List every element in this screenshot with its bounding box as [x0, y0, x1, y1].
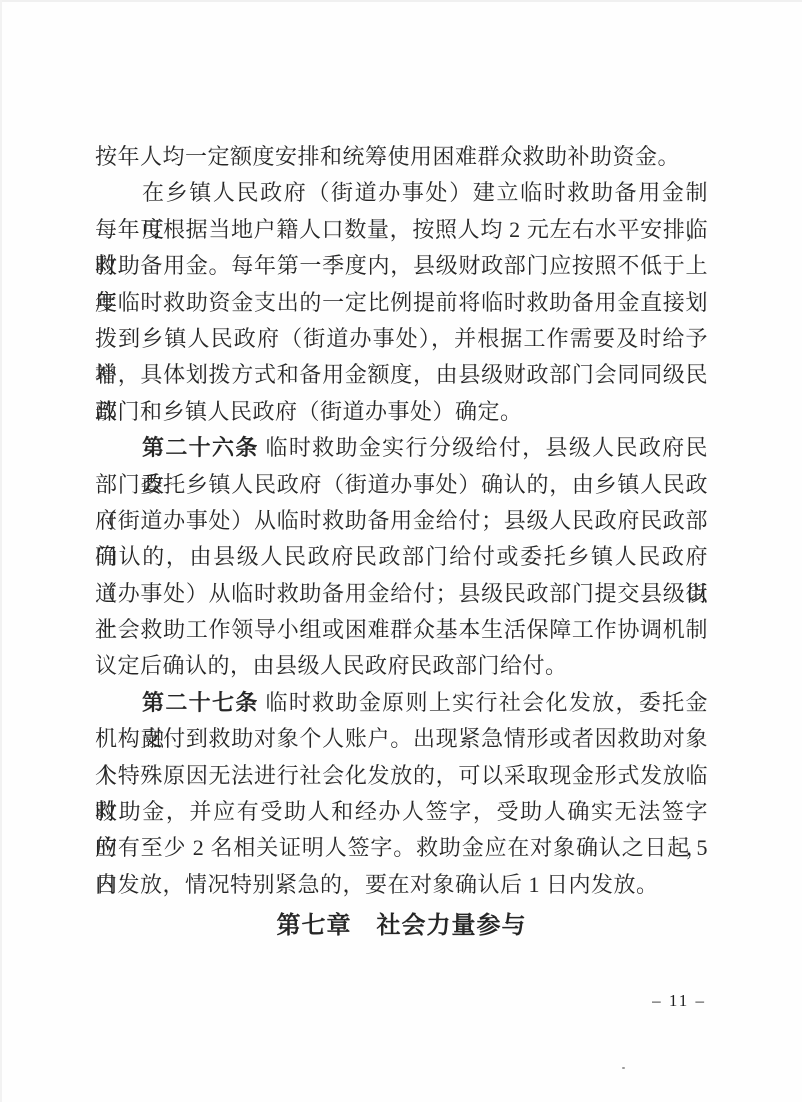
- text-line: 议定后确认的，由县级人民政府民政部门给付。: [95, 648, 708, 684]
- text-line: 人特殊原因无法进行社会化发放的，可以采取现金形式发放临时: [95, 758, 708, 794]
- text-line: 每年可根据当地户籍人口数量，按照人均 2 元左右水平安排临时: [95, 212, 708, 248]
- text-line: 机构支付到救助对象个人账户。出现紧急情形或者因救助对象个: [95, 721, 708, 757]
- page-number: – 11 –: [652, 991, 706, 1011]
- text-line: （街道办事处）从临时救助备用金给付；县级人民政府民政部门: [95, 503, 708, 539]
- text-line: 社会救助工作领导小组或困难群众基本生活保障工作协调机制: [95, 612, 708, 648]
- chapter-heading: 第七章 社会力量参与: [95, 908, 708, 944]
- text-line: 度临时救助资金支出的一定比例提前将临时救助备用金直接划: [95, 285, 708, 321]
- text-line: 救助金，并应有受助人和经办人签字，受助人确实无法签字的，: [95, 794, 708, 830]
- text-line: 应有至少 2 名相关证明人签字。救助金应在对象确认之日起 5 日: [95, 830, 708, 866]
- text-segment: 社会救助工作领导小组或困难群众基本生活保障工作协调机制: [95, 617, 708, 642]
- text-segment: 度临时救助资金支出的一定比例提前将临时救助备用金直接划: [95, 290, 708, 315]
- text-segment: 按年人均一定额度安排和统筹使用困难群众救助补助资金。: [95, 144, 680, 169]
- text-line: 第二十六条 临时救助金实行分级给付，县级人民政府民政: [95, 430, 708, 466]
- text-segment: 部门和乡镇人民政府（街道办事处）确定。: [95, 399, 523, 424]
- scanned-document-page: 按年人均一定额度安排和统筹使用困难群众救助补助资金。在乡镇人民政府（街道办事处）…: [0, 0, 802, 1102]
- body-text-block: 按年人均一定额度安排和统筹使用困难群众救助补助资金。在乡镇人民政府（街道办事处）…: [95, 139, 708, 945]
- scan-edge-left: [0, 0, 2, 1102]
- text-line: 救助备用金。每年第一季度内，县级财政部门应按照不低于上年: [95, 248, 708, 284]
- body-lines: 按年人均一定额度安排和统筹使用困难群众救助补助资金。在乡镇人民政府（街道办事处）…: [95, 139, 708, 903]
- text-line: 内发放，情况特别紧急的，要在对象确认后 1 日内发放。: [95, 867, 708, 903]
- article-number: 第二十七条: [142, 690, 259, 715]
- text-line: 道办事处）从临时救助备用金给付；县级民政部门提交县级以上: [95, 576, 708, 612]
- text-segment: 议定后确认的，由县级人民政府民政部门给付。: [95, 653, 568, 678]
- scan-edge-top: [0, 0, 802, 2]
- text-line: 部门和乡镇人民政府（街道办事处）确定。: [95, 394, 708, 430]
- text-line: 补，具体划拨方式和备用金额度，由县级财政部门会同同级民政: [95, 357, 708, 393]
- text-segment: 内发放，情况特别紧急的，要在对象确认后 1 日内发放。: [95, 872, 659, 897]
- article-number: 第二十六条: [142, 435, 259, 460]
- text-line: 确认的，由县级人民政府民政部门给付或委托乡镇人民政府（街: [95, 539, 708, 575]
- text-line: 在乡镇人民政府（街道办事处）建立临时救助备用金制度，: [95, 175, 708, 211]
- text-line: 部门委托乡镇人民政府（街道办事处）确认的，由乡镇人民政府: [95, 467, 708, 503]
- text-line: 第二十七条 临时救助金原则上实行社会化发放，委托金融: [95, 685, 708, 721]
- text-line: 拨到乡镇人民政府（街道办事处），并根据工作需要及时给予增: [95, 321, 708, 357]
- text-line: 按年人均一定额度安排和统筹使用困难群众救助补助资金。: [95, 139, 708, 175]
- scan-speck: [622, 1067, 625, 1069]
